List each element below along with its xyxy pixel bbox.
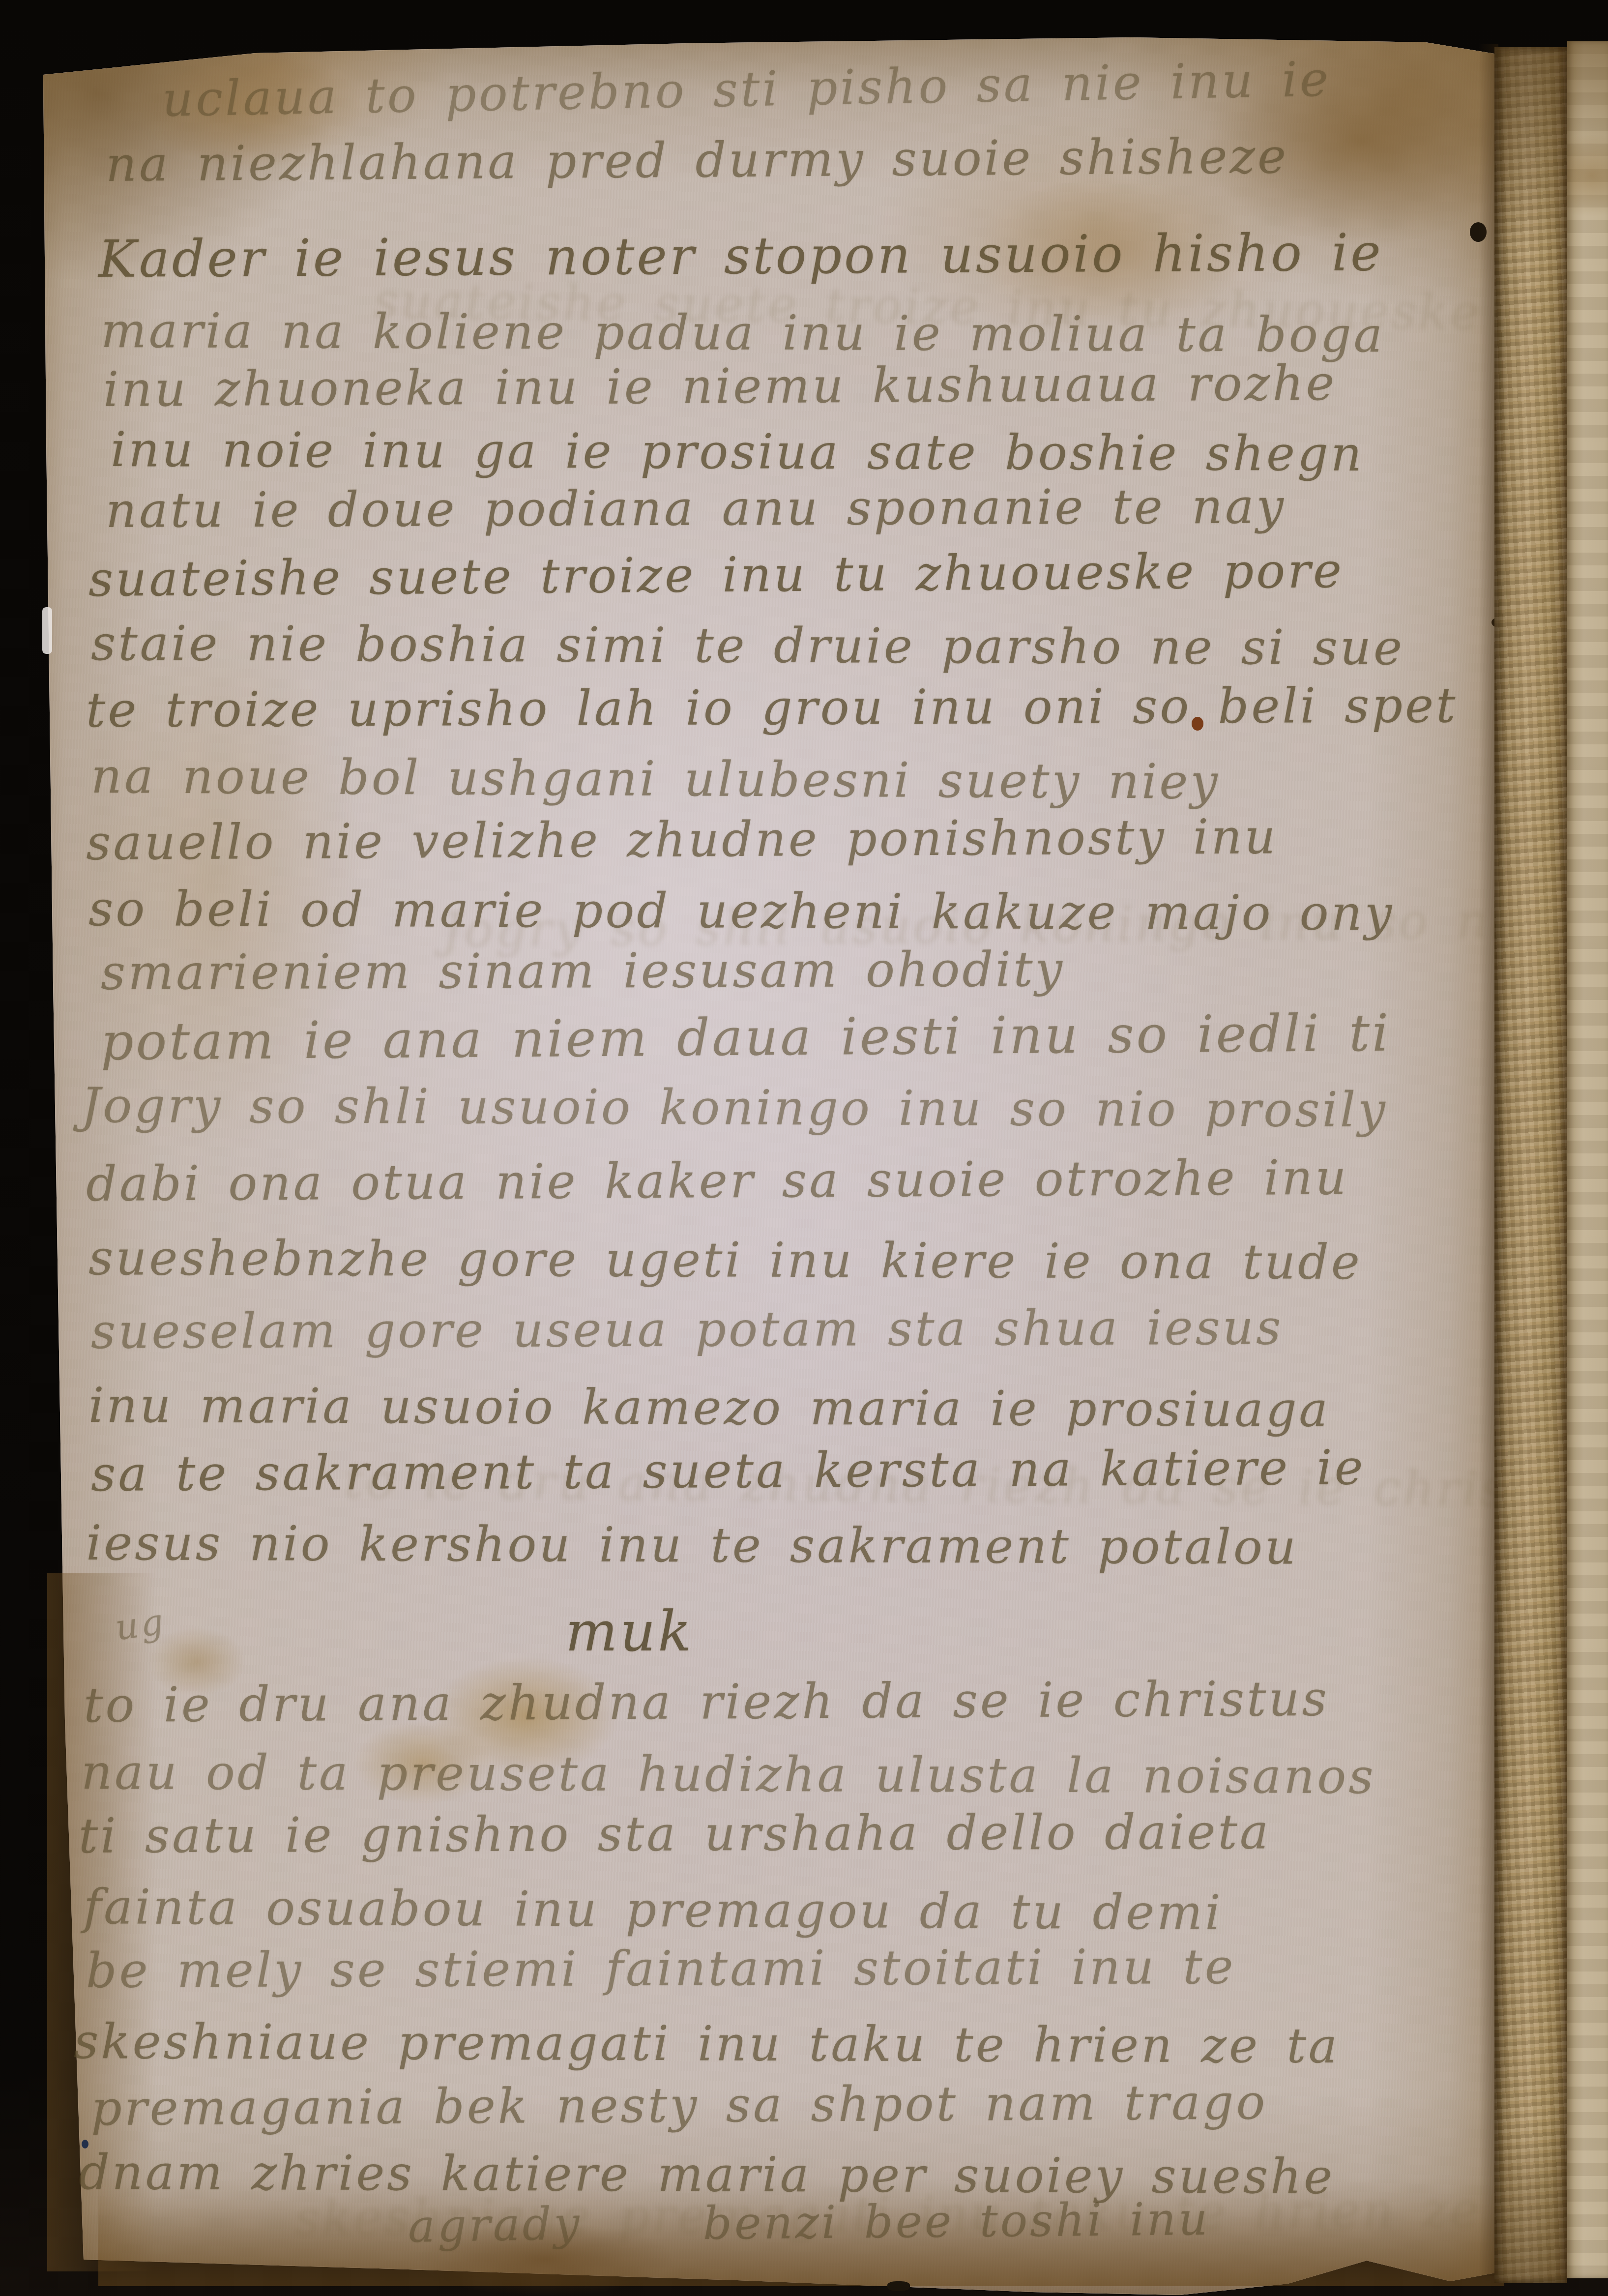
text-line: Jogry so shli usuoio koningo inu so nio … [81, 1080, 1388, 1137]
text-line: iesus nio kershou inu te sakrament potal… [86, 1517, 1298, 1574]
text-line: sa te sakrament ta sueta kersta na katie… [91, 1442, 1366, 1501]
text-line: to ie dru ana zhudna riezh da se ie chri… [84, 1673, 1329, 1733]
text-line: Kader ie iesus noter stopon usuoio hisho… [98, 224, 1383, 287]
text-line: inu noie inu ga ie prosiua sate boshie s… [111, 424, 1364, 481]
text-line: sueselam gore useua potam sta shua iesus [91, 1302, 1284, 1359]
margin-mark: ug [113, 1602, 168, 1648]
text-line: inu maria usuoio kamezo maria ie prosiua… [88, 1380, 1330, 1437]
next-page-edge [1567, 41, 1608, 2278]
text-line: nau od ta preuseta hudizha ulusta la noi… [81, 1746, 1376, 1804]
manuscript-photo: suateishe suete troize inu tu zhuoueske … [0, 0, 1608, 2296]
text-line: fainta osuabou inu premagou da tu demi [84, 1881, 1223, 1940]
text-line: dabi ona otua nie kaker sa suoie otrozhe… [86, 1152, 1349, 1211]
text-line: premagania bek nesty sa shpot nam trago [91, 2076, 1268, 2135]
text-line: natu ie doue podiana anu sponanie te nay [106, 481, 1286, 538]
text-line: be mely se stiemi faintami stoitati inu … [86, 1941, 1236, 1998]
footer-fragment: agrady [408, 2199, 582, 2251]
text-line: potam ie ana niem daua iesti inu so iedl… [101, 1005, 1391, 1070]
text-line: suateishe suete troize inu tu zhuoueske … [88, 545, 1345, 607]
text-line: sueshebnzhe gore ugeti inu kiere ie ona … [88, 1232, 1362, 1290]
text-line: ti satu ie gnishno sta urshaha dello dai… [79, 1806, 1271, 1863]
text-line: na noue bol ushgani ulubesni suety niey [91, 750, 1220, 809]
binding-gutter-fold [1494, 47, 1567, 2283]
text-line: na niezhlahana pred durmy suoie shisheze [106, 130, 1289, 192]
section-heading: muk [565, 1602, 694, 1662]
text-line: so beli od marie pod uezheni kakuze majo… [88, 883, 1395, 941]
text-line: staie nie boshia simi te druie parsho ne… [91, 618, 1404, 675]
footer-fragment: benzi bee toshi inu [703, 2194, 1210, 2248]
text-line: skeshniaue premagati inu taku te hrien z… [74, 2016, 1340, 2073]
ink-smudge-bottom [887, 2281, 910, 2291]
text-line: smarieniem sinam iesusam ohodity [101, 943, 1065, 1000]
text-line: sauello nie velizhe zhudne ponishnosty i… [86, 811, 1278, 870]
text-line: inu zhuoneka inu ie niemu kushuuaua rozh… [103, 357, 1337, 417]
text-line: maria na koliene padua inu ie moliua ta … [101, 305, 1385, 362]
text-line: te troize uprisho lah io grou inu oni so… [86, 679, 1458, 737]
